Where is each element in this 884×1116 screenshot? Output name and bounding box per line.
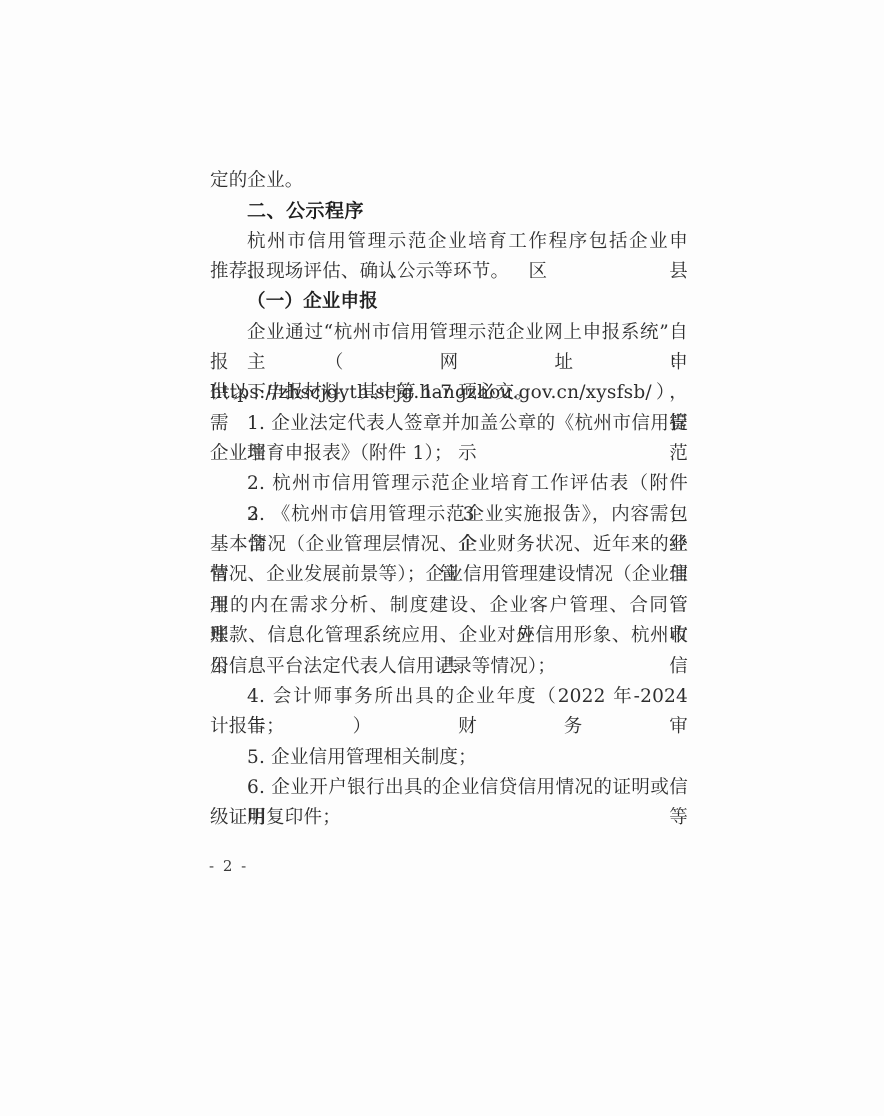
list-item-4: 4. 会计师事务所出具的企业年度（2022 年-2024 年）财务审 xyxy=(210,682,688,712)
list-item-5: 5. 企业信用管理相关制度； xyxy=(210,743,688,773)
body-line: 基本情况（企业管理层情况、企业财务状况、近年来的经营管理 xyxy=(210,530,688,560)
list-item-3: 3. 《杭州市信用管理示范企业实施报告》，内容需包含企业 xyxy=(210,500,688,530)
body-line: 账款、信息化管理系统应用、企业对外信用形象、杭州市公共信 xyxy=(210,621,688,651)
body-line-url: 报（网址：https://zhscjgyth.scjg.hangzhou.gov… xyxy=(210,348,688,378)
list-item-2: 2. 杭州市信用管理示范企业培育工作评估表（附件 2、3）； xyxy=(210,469,688,499)
list-item-6: 6. 企业开户银行出具的企业信贷信用情况的证明或信用等 xyxy=(210,773,688,803)
subsection-heading: （一）企业申报 xyxy=(210,287,688,317)
section-heading: 二、公示程序 xyxy=(210,196,688,226)
document-page: 定的企业。 二、公示程序 杭州市信用管理示范企业培育工作程序包括企业申报、区县 … xyxy=(0,0,884,1116)
page-number: - 2 - xyxy=(209,856,248,876)
body-line: 杭州市信用管理示范企业培育工作程序包括企业申报、区县 xyxy=(210,227,688,257)
document-body: 定的企业。 二、公示程序 杭州市信用管理示范企业培育工作程序包括企业申报、区县 … xyxy=(210,166,688,834)
body-line: 理的内在需求分析、制度建设、企业客户管理、合同管理、应收 xyxy=(210,591,688,621)
body-line: 企业通过“杭州市信用管理示范企业网上申报系统”自主申 xyxy=(210,318,688,348)
list-item-1: 1. 企业法定代表人签章并加盖公章的《杭州市信用管理示范 xyxy=(210,409,688,439)
body-line: 定的企业。 xyxy=(210,166,688,196)
body-line: 情况、企业发展前景等）；企业信用管理建设情况（企业信用管 xyxy=(210,560,688,590)
